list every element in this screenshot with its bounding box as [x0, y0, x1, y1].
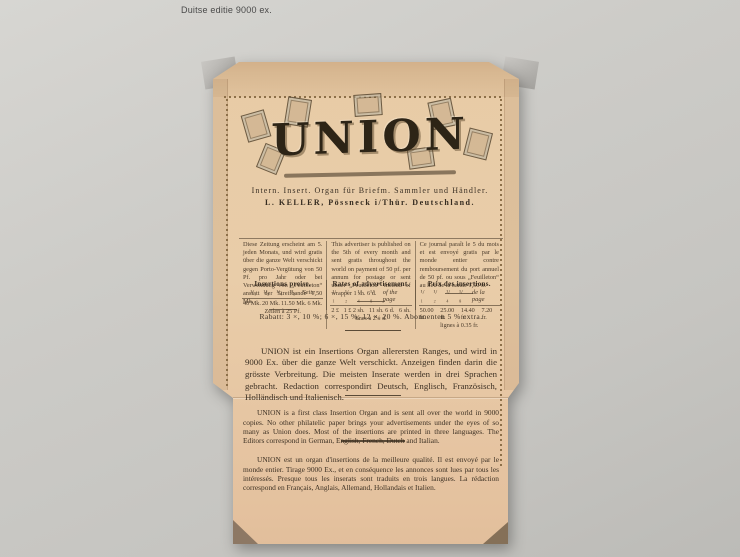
masthead-title: UNION	[258, 108, 482, 167]
rebate-line: Rabatt: 3 ×, 10 %; 6 ×, 15 %; 12 ×, 20 %…	[239, 312, 503, 321]
fraction-row: ¹/₁ ¹/₂ ¹/₄ ¹/₈ Seite	[242, 288, 323, 299]
value-cell: 11.50 Mk.	[281, 300, 306, 307]
value-cell: 6 Mk.	[308, 300, 323, 307]
right-glue-flap	[504, 79, 519, 390]
fraction-cell: ¹/₂	[345, 289, 351, 303]
folded-corner-right	[483, 522, 508, 544]
fraction-cell: ¹/₁	[332, 289, 338, 303]
fraction-cell: ¹/₈	[370, 289, 376, 303]
rates-table: Insertions preise. ¹/₁ ¹/₂ ¹/₄ ¹/₈ Seite…	[239, 280, 503, 329]
fraction-cell: ¹/₄	[358, 289, 364, 303]
fraction-cell: ¹/₂	[263, 289, 269, 296]
divider-rule	[341, 440, 405, 442]
values-row: 40 Mk. 20 Mk. 11.50 Mk. 6 Mk.	[242, 299, 323, 307]
top-flap	[213, 62, 519, 97]
unit-label: of the page	[383, 289, 410, 303]
perforation-dotted-line-left	[226, 99, 228, 389]
masthead-ribbon	[284, 170, 456, 178]
fraction-row: ¹/₁ ¹/₂ ¹/₄ ¹/₈ of the page	[330, 288, 411, 306]
rate-note: lignes à 0.35 fr.	[419, 322, 500, 329]
masthead: UNION	[258, 104, 482, 176]
rate-header: Insertions preise.	[242, 280, 323, 288]
union-wrapper-sheet: UNION Intern. Insert. Organ für Briefm. …	[0, 0, 740, 557]
folded-corner-left	[233, 520, 258, 544]
rate-header: Rates of advertisement.	[330, 280, 411, 288]
paragraph-french: UNION est un organ d'insertions de la me…	[243, 455, 499, 492]
document-paper: UNION Intern. Insert. Organ für Briefm. …	[0, 0, 740, 557]
rate-column-english: Rates of advertisement. ¹/₁ ¹/₂ ¹/₄ ¹/₈ …	[326, 280, 415, 329]
divider-rule	[345, 330, 401, 331]
photo-background: Duitse editie 9000 ex. UNION	[0, 0, 740, 557]
fraction-cell: ¹/₈	[459, 289, 465, 303]
fraction-row: ¹/₁ ¹/₂ ¹/₄ ¹/₈ de la page	[419, 288, 500, 306]
fraction-cell: ¹/₄	[446, 289, 452, 303]
fraction-cell: ¹/₁	[421, 289, 427, 303]
publisher-line: L. KELLER, Pössneck i/Thür. Deutschland.	[240, 198, 500, 207]
rate-column-french: Prix des insertions. ¹/₁ ¹/₂ ¹/₄ ¹/₈ de …	[416, 280, 503, 329]
masthead-subtitle: Intern. Insert. Organ für Briefm. Sammle…	[240, 186, 500, 195]
rate-column-german: Insertions preise. ¹/₁ ¹/₂ ¹/₄ ¹/₈ Seite…	[239, 280, 326, 329]
value-cell: 20 Mk.	[262, 300, 280, 307]
fraction-cell: ¹/₈	[289, 289, 295, 296]
fraction-cell: ¹/₄	[276, 289, 282, 296]
unit-label: de la page	[472, 289, 498, 303]
value-cell: 40 Mk.	[243, 300, 261, 307]
fraction-cell: ¹/₂	[433, 289, 439, 303]
rate-header: Prix des insertions.	[419, 280, 500, 288]
fraction-cell: ¹/₁	[250, 289, 256, 296]
divider-rule	[345, 395, 401, 396]
unit-label: Seite	[302, 289, 315, 296]
